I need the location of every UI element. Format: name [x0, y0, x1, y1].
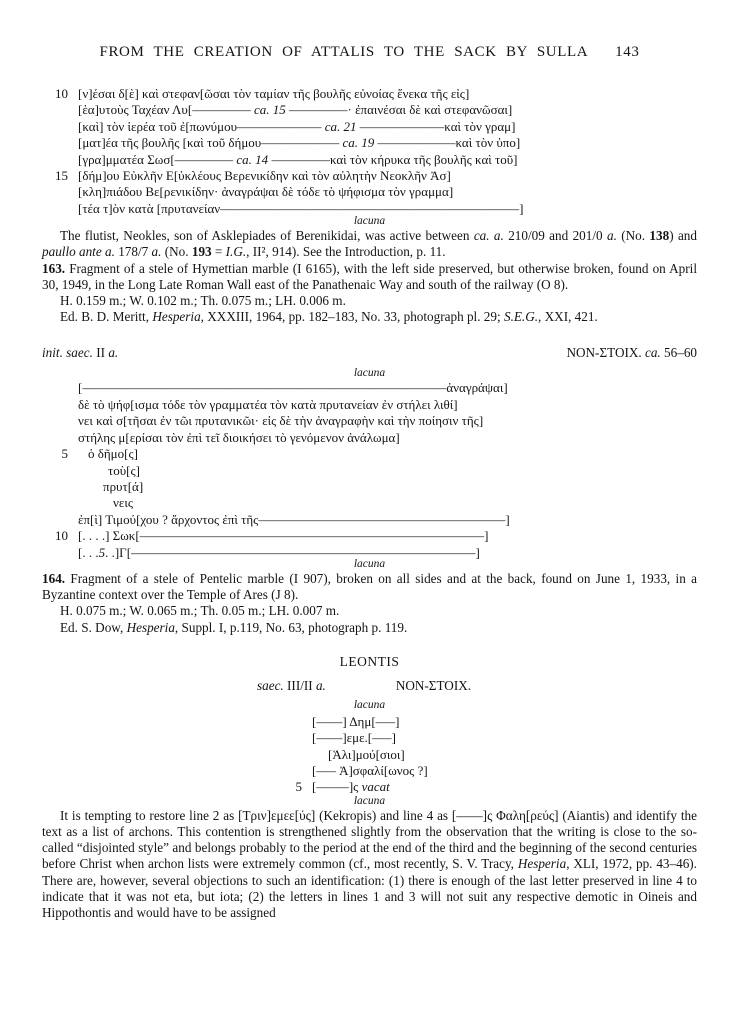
inscription-line: [Ἁλι]μού[σιοι]: [276, 747, 697, 763]
inscription-line: [––––] Δημ[–––]: [276, 714, 697, 730]
greek-text: [––––]εμε.[–––]: [312, 730, 396, 746]
greek-text: [––––] Δημ[–––]: [312, 714, 399, 730]
line-number: 10: [42, 528, 68, 544]
lacuna-note: lacuna: [42, 366, 697, 380]
inscription-line: 10[. . . .] Σωκ[––––––––––––––––––––––––…: [42, 528, 697, 544]
date-label: init. saec. II a.: [42, 345, 118, 361]
greek-text: στήλης μ[ερίσαι τὸν ἐπὶ τεῖ διοικήσει τὸ…: [78, 430, 400, 446]
greek-text: πρυτ[ά]: [78, 479, 143, 495]
inscription-line: 5ὁ δῆμο[ς]: [42, 446, 697, 462]
lacuna-note: lacuna: [42, 698, 697, 712]
entry-164-commentary: It is tempting to restore line 2 as [Τρι…: [42, 808, 697, 921]
line-number: [42, 135, 68, 151]
greek-text: τοὺ[ς]: [78, 463, 140, 479]
line-number: [42, 152, 68, 168]
book-page: FROM THE CREATION OF ATTALIS TO THE SACK…: [0, 0, 729, 1024]
greek-text: [Ἁλι]μού[σιοι]: [312, 747, 405, 763]
line-number: 5: [276, 779, 302, 795]
entry-163-description: 163. Fragment of a stele of Hymettian ma…: [42, 261, 697, 293]
line-number: [42, 479, 68, 495]
line-number: [42, 380, 68, 396]
greek-text: [. . . .] Σωκ[––––––––––––––––––––––––––…: [78, 528, 489, 544]
greek-text: [ἑα]υτοὺς Ταχέαν Λυ[––––––––– ca. 15 –––…: [78, 102, 512, 118]
entry-164-description: 164. Fragment of a stele of Pentelic mar…: [42, 571, 697, 603]
header-title: FROM THE CREATION OF ATTALIS TO THE SACK…: [100, 44, 589, 60]
inscription-line: πρυτ[ά]: [42, 479, 697, 495]
line-number: [42, 512, 68, 528]
inscription-block-163: [–––––––––––––––––––––––––––––––––––––––…: [42, 380, 697, 570]
inscription-line: [γρα]μματέα Σωσ[––––––––– ca. 14 –––––––…: [42, 152, 697, 168]
inscription-line: [––– Ἀ]σφαλί[ωνος ?]: [276, 763, 697, 779]
line-number: 15: [42, 168, 68, 184]
inscription-line: δὲ τὸ ψήφ[ισμα τόδε τὸν γραμματέα τὸν κα…: [42, 397, 697, 413]
running-header: FROM THE CREATION OF ATTALIS TO THE SACK…: [42, 44, 697, 60]
greek-text: ἐπ[ὶ] Τιμού[χου ? ἄρχοντος ἐπὶ τῆς––––––…: [78, 512, 510, 528]
inscription-block-164: [––––] Δημ[–––] [––––]εμε.[–––] [Ἁλι]μού…: [42, 714, 697, 808]
line-number: [42, 495, 68, 511]
greek-text: [ματ]έα τῆς βουλῆς [καὶ τοῦ δήμου–––––––…: [78, 135, 520, 151]
lacuna-note: lacuna: [42, 794, 697, 808]
inscription-line: στήλης μ[ερίσαι τὸν ἐπὶ τεῖ διοικήσει τὸ…: [42, 430, 697, 446]
line-number: 10: [42, 86, 68, 102]
inscription-line: νει καὶ σ[τῆσαι ἐν τῶι πρυτανικῶι· εἰς δ…: [42, 413, 697, 429]
greek-text: [δήμ]ου Εὐκλῆν Ε[ὐκλέους Βερενικίδην καὶ…: [78, 168, 451, 184]
inscription-line: [κλη]πιάδου Βε[ρενικίδην· ἀναγράψαι δὲ τ…: [42, 184, 697, 200]
greek-text: [καὶ] τὸν ἱερέα τοῦ ἐ[πωνύμου–––––––––––…: [78, 119, 516, 135]
greek-text: [τέα τ]ὸν κατὰ [πρυτανείαν––––––––––––––…: [78, 201, 524, 217]
greek-text: [––– Ἀ]σφαλί[ωνος ?]: [312, 763, 428, 779]
inscription-line: [ματ]έα τῆς βουλῆς [καὶ τοῦ δήμου–––––––…: [42, 135, 697, 151]
greek-text: δὲ τὸ ψήφ[ισμα τόδε τὸν γραμματέα τὸν κα…: [78, 397, 458, 413]
greek-text: [–––––––––––––––––––––––––––––––––––––––…: [78, 380, 508, 396]
line-number: [276, 747, 302, 763]
line-number: [42, 413, 68, 429]
stoichedon-label: NON-ΣΤΟΙΧ.: [396, 678, 471, 694]
greek-text: ὁ δῆμο[ς]: [78, 446, 138, 462]
line-number: [42, 397, 68, 413]
inscription-line: [––––]εμε.[–––]: [276, 730, 697, 746]
line-number: [42, 201, 68, 217]
entry-163-dimensions: H. 0.159 m.; W. 0.102 m.; Th. 0.075 m.; …: [42, 293, 697, 309]
tribe-heading: LEONTIS: [42, 654, 697, 670]
line-number: 5: [42, 446, 68, 462]
greek-text: νει καὶ σ[τῆσαι ἐν τῶι πρυτανικῶι· εἰς δ…: [78, 413, 483, 429]
inscription-line: ἐπ[ὶ] Τιμού[χου ? ἄρχοντος ἐπὶ τῆς––––––…: [42, 512, 697, 528]
entry-164-dimensions: H. 0.075 m.; W. 0.065 m.; Th. 0.05 m.; L…: [42, 603, 697, 619]
inscription-block-162: 10[ν]έσαι δ[ὲ] καὶ στεφαν[ῶσαι τὸν ταμία…: [42, 86, 697, 228]
line-number: [276, 763, 302, 779]
inscription-line: [καὶ] τὸν ἱερέα τοῦ ἐ[πωνύμου–––––––––––…: [42, 119, 697, 135]
line-number: [276, 714, 302, 730]
stoichedon-label: NON-ΣΤΟΙΧ. ca. 56–60: [566, 345, 697, 361]
inscription-line: [ἑα]υτοὺς Ταχέαν Λυ[––––––––– ca. 15 –––…: [42, 102, 697, 118]
line-number: [42, 545, 68, 561]
entry-163-edition: Ed. B. D. Meritt, Hesperia, XXXIII, 1964…: [42, 309, 697, 325]
greek-text: [. . .5. .]Γ[–––––––––––––––––––––––––––…: [78, 545, 480, 561]
inscription-line: νεις: [42, 495, 697, 511]
line-number: [276, 730, 302, 746]
date-label: saec. III/II a.: [257, 678, 326, 694]
greek-text: [ν]έσαι δ[ὲ] καὶ στεφαν[ῶσαι τὸν ταμίαν …: [78, 86, 469, 102]
line-number: [42, 430, 68, 446]
entry-164-edition: Ed. S. Dow, Hesperia, Suppl. I, p.119, N…: [42, 620, 697, 636]
greek-text: νεις: [78, 495, 133, 511]
line-number: [42, 184, 68, 200]
entry-164-meta-row: saec. III/II a. NON-ΣΤΟΙΧ.: [257, 678, 697, 694]
greek-text: [κλη]πιάδου Βε[ρενικίδην· ἀναγράψαι δὲ τ…: [78, 184, 453, 200]
greek-text: [γρα]μματέα Σωσ[––––––––– ca. 14 –––––––…: [78, 152, 518, 168]
inscription-line: [–––––––––––––––––––––––––––––––––––––––…: [42, 380, 697, 396]
line-number: [42, 463, 68, 479]
line-number: [42, 119, 68, 135]
inscription-line: 15[δήμ]ου Εὐκλῆν Ε[ὐκλέους Βερενικίδην κ…: [42, 168, 697, 184]
commentary-paragraph: The flutist, Neokles, son of Asklepiades…: [42, 228, 697, 260]
inscription-line: τοὺ[ς]: [42, 463, 697, 479]
inscription-line: 10[ν]έσαι δ[ὲ] καὶ στεφαν[ῶσαι τὸν ταμία…: [42, 86, 697, 102]
entry-163-meta-row: init. saec. II a. NON-ΣΤΟΙΧ. ca. 56–60: [42, 345, 697, 361]
line-number: [42, 102, 68, 118]
page-number: 143: [615, 44, 639, 60]
